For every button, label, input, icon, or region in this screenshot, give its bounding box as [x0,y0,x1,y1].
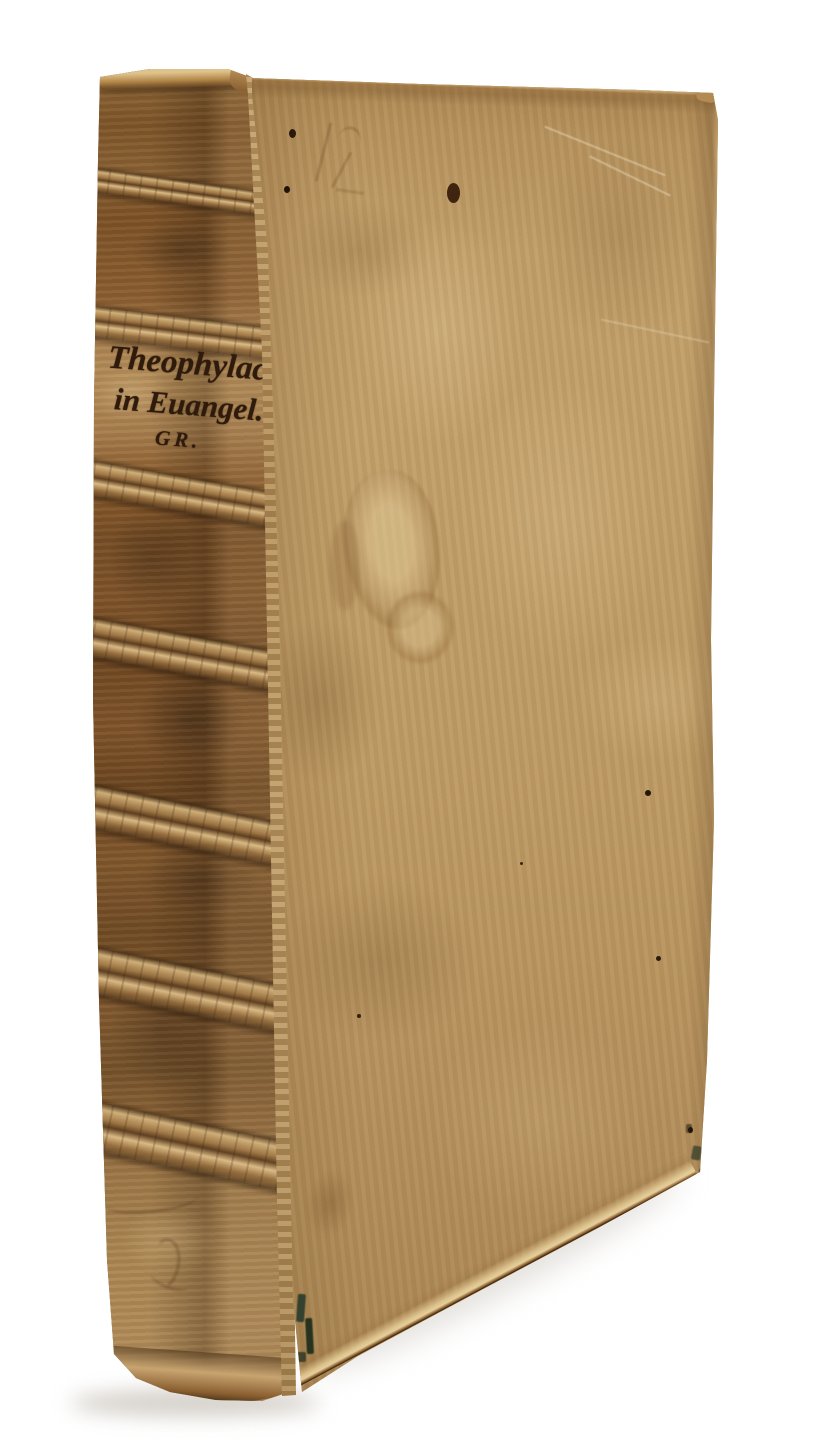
wormhole-speck [357,1014,361,1018]
wormhole-speck [656,956,661,961]
cover-stain-rim [330,520,360,610]
spine-title: Theophylact in Euangel. GR. [98,337,281,460]
ink-mark [305,1318,314,1354]
cover-stain-small [385,590,455,665]
cover-smudge [300,1164,359,1241]
cover-top-edge-highlight [249,72,720,114]
cover-ghost-scrawl [315,123,332,182]
fore-edge-shading [688,90,720,1180]
wormhole-speck [447,183,460,203]
wormhole-speck [645,790,651,796]
tail-inscription-ghost-mark [103,1183,200,1218]
photo-background: Theophylact in Euangel. GR. [0,0,840,1455]
wormhole-speck [284,186,290,193]
surface-scratch [544,126,665,177]
wormhole-speck [289,129,296,138]
cover-ghost-scrawl [336,188,364,195]
ink-mark [296,1352,306,1362]
wormhole-speck [688,1127,693,1133]
wormhole-speck [520,862,523,865]
ink-mark [699,1167,712,1186]
